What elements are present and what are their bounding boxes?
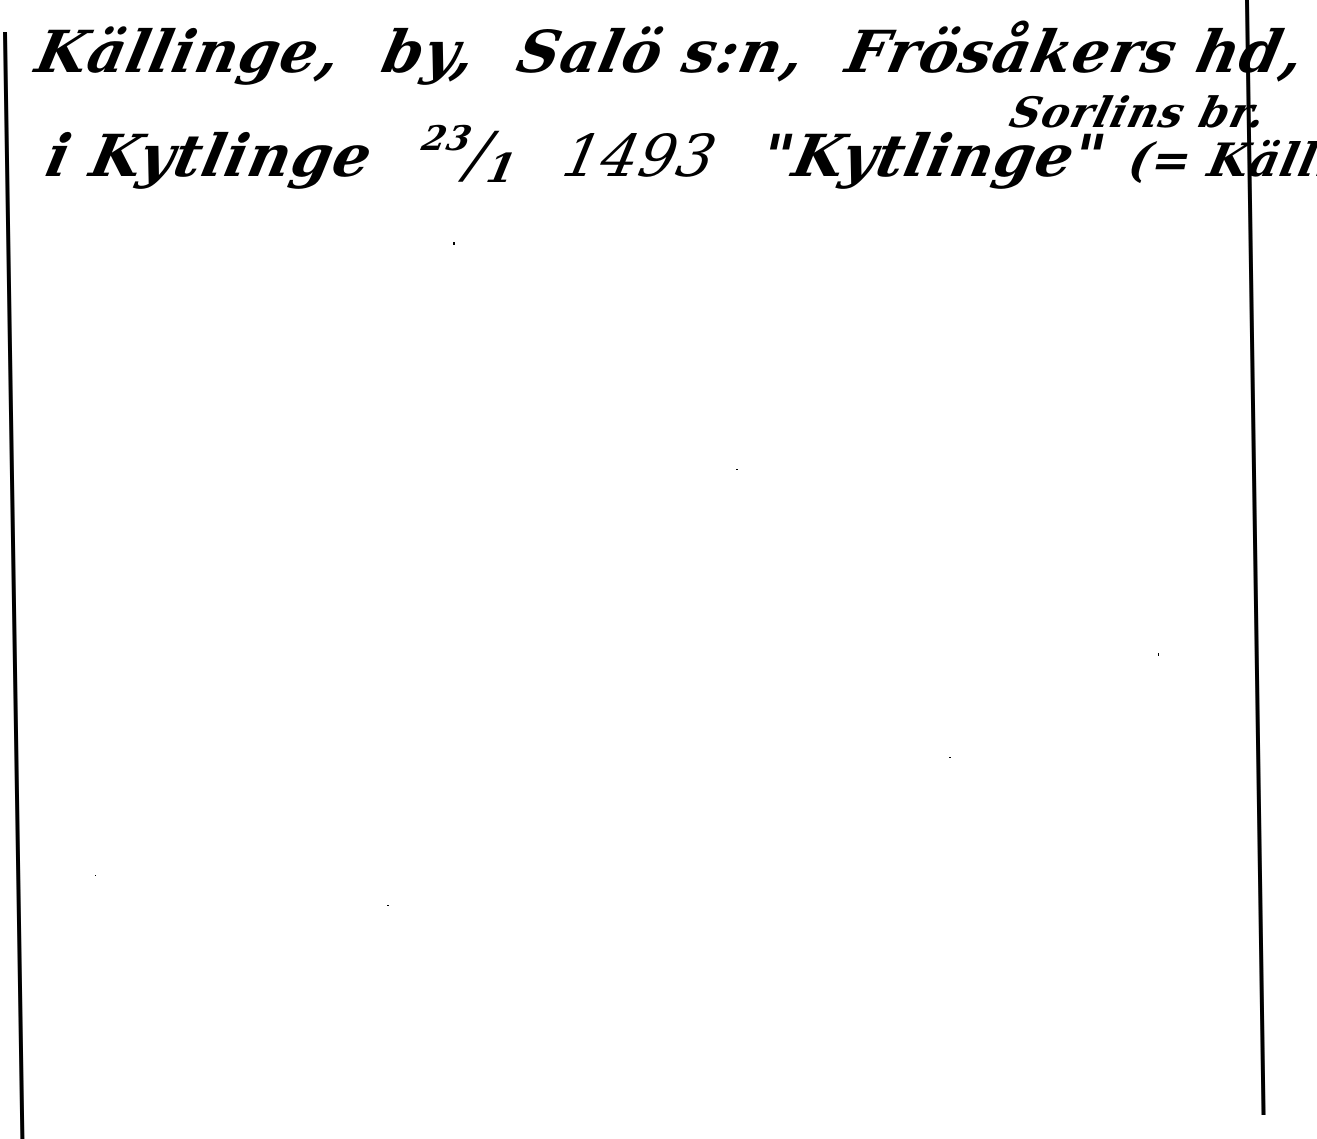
scan-speck (949, 757, 951, 758)
scan-speck (387, 905, 389, 906)
scan-speck (453, 242, 455, 245)
attestation-year: 1493 (557, 122, 723, 190)
scan-speck (1158, 653, 1159, 656)
quoted-form: "Kytlinge" (756, 122, 1113, 190)
attestation-line: i Kytlinge 23/1 1493 "Kytlinge" (= Källi… (40, 118, 1317, 191)
scan-speck (736, 469, 738, 470)
equivalence-note: (= Källinge) (1124, 133, 1317, 187)
heading-line: Källinge, by, Salö s:n, Frösåkers hd, St… (30, 18, 1317, 86)
place-name: Källinge, (30, 18, 347, 86)
date-day: 23 (418, 119, 476, 159)
parish-name: Salö s:n, (511, 18, 811, 86)
settlement-type: by, (376, 18, 482, 86)
district-name: Frösåkers hd, (840, 18, 1311, 86)
card-left-border (3, 32, 24, 1139)
scan-speck (95, 875, 96, 876)
index-card: Källinge, by, Salö s:n, Frösåkers hd, St… (0, 0, 1317, 1139)
attestation-prefix: i Kytlinge (40, 122, 379, 190)
attestation-date: 23/1 (411, 118, 527, 191)
